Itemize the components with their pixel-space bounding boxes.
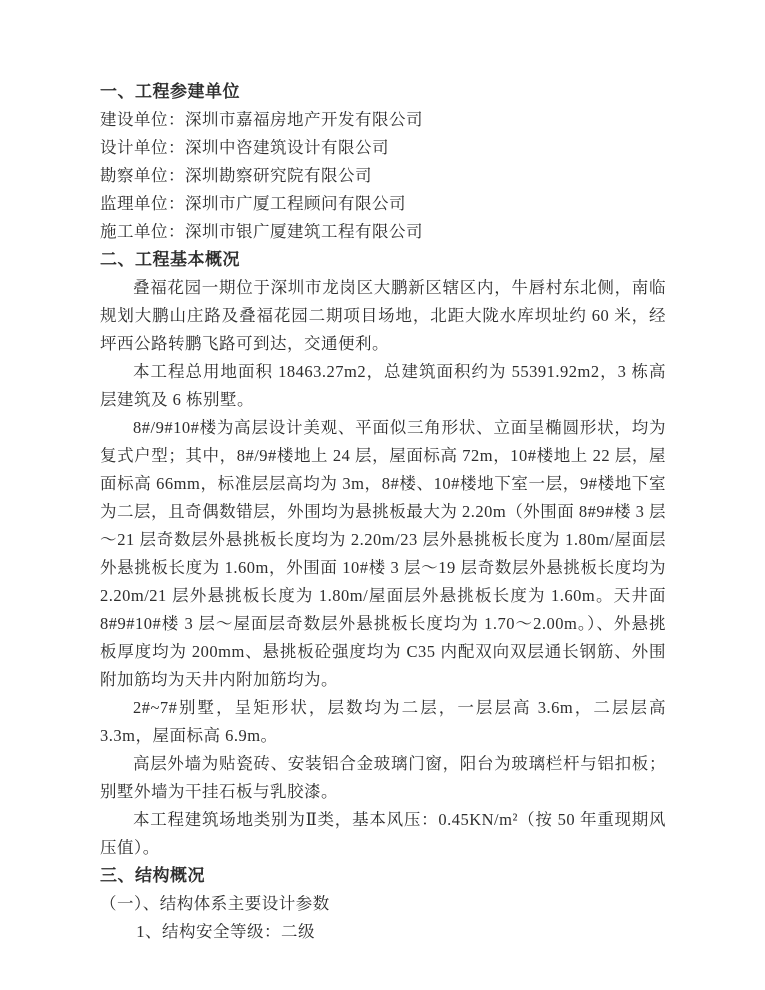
paragraph-area: 本工程总用地面积 18463.27m2，总建筑面积约为 55391.92m2，3… (100, 358, 666, 414)
paragraph-villa-description: 2#~7#别墅，呈矩形状，层数均为二层，一层层高 3.6m，二层层高 3.3m，… (100, 694, 666, 750)
paragraph-location: 叠福花园一期位于深圳市龙岗区大鹏新区辖区内，牛唇村东北侧，南临规划大鹏山庄路及叠… (100, 274, 666, 358)
paragraph-site-class: 本工程建筑场地类别为Ⅱ类，基本风压：0.45KN/m²（按 50 年重现期风压值… (100, 806, 666, 862)
section-heading-participating-units: 一、工程参建单位 (100, 78, 666, 106)
unit-line-design: 设计单位：深圳中咨建筑设计有限公司 (100, 134, 666, 162)
subsection-design-parameters: （一）、结构体系主要设计参数 (100, 890, 666, 918)
document-page: 一、工程参建单位 建设单位：深圳市嘉福房地产开发有限公司 设计单位：深圳中咨建筑… (0, 0, 765, 990)
item-safety-grade: 1、结构安全等级：二级 (100, 918, 666, 946)
unit-line-contractor: 施工单位：深圳市银广厦建筑工程有限公司 (100, 218, 666, 246)
unit-line-survey: 勘察单位：深圳勘察研究院有限公司 (100, 162, 666, 190)
section-heading-project-overview: 二、工程基本概况 (100, 246, 666, 274)
unit-line-construction: 建设单位：深圳市嘉福房地产开发有限公司 (100, 106, 666, 134)
section-heading-structure-overview: 三、结构概况 (100, 862, 666, 890)
unit-line-supervision: 监理单位：深圳市广厦工程顾问有限公司 (100, 190, 666, 218)
paragraph-highrise-description: 8#/9#10#楼为高层设计美观、平面似三角形状、立面呈椭圆形状，均为复式户型；… (100, 414, 666, 694)
paragraph-facade-description: 高层外墙为贴瓷砖、安装铝合金玻璃门窗，阳台为玻璃栏杆与铝扣板；别墅外墙为干挂石板… (100, 750, 666, 806)
